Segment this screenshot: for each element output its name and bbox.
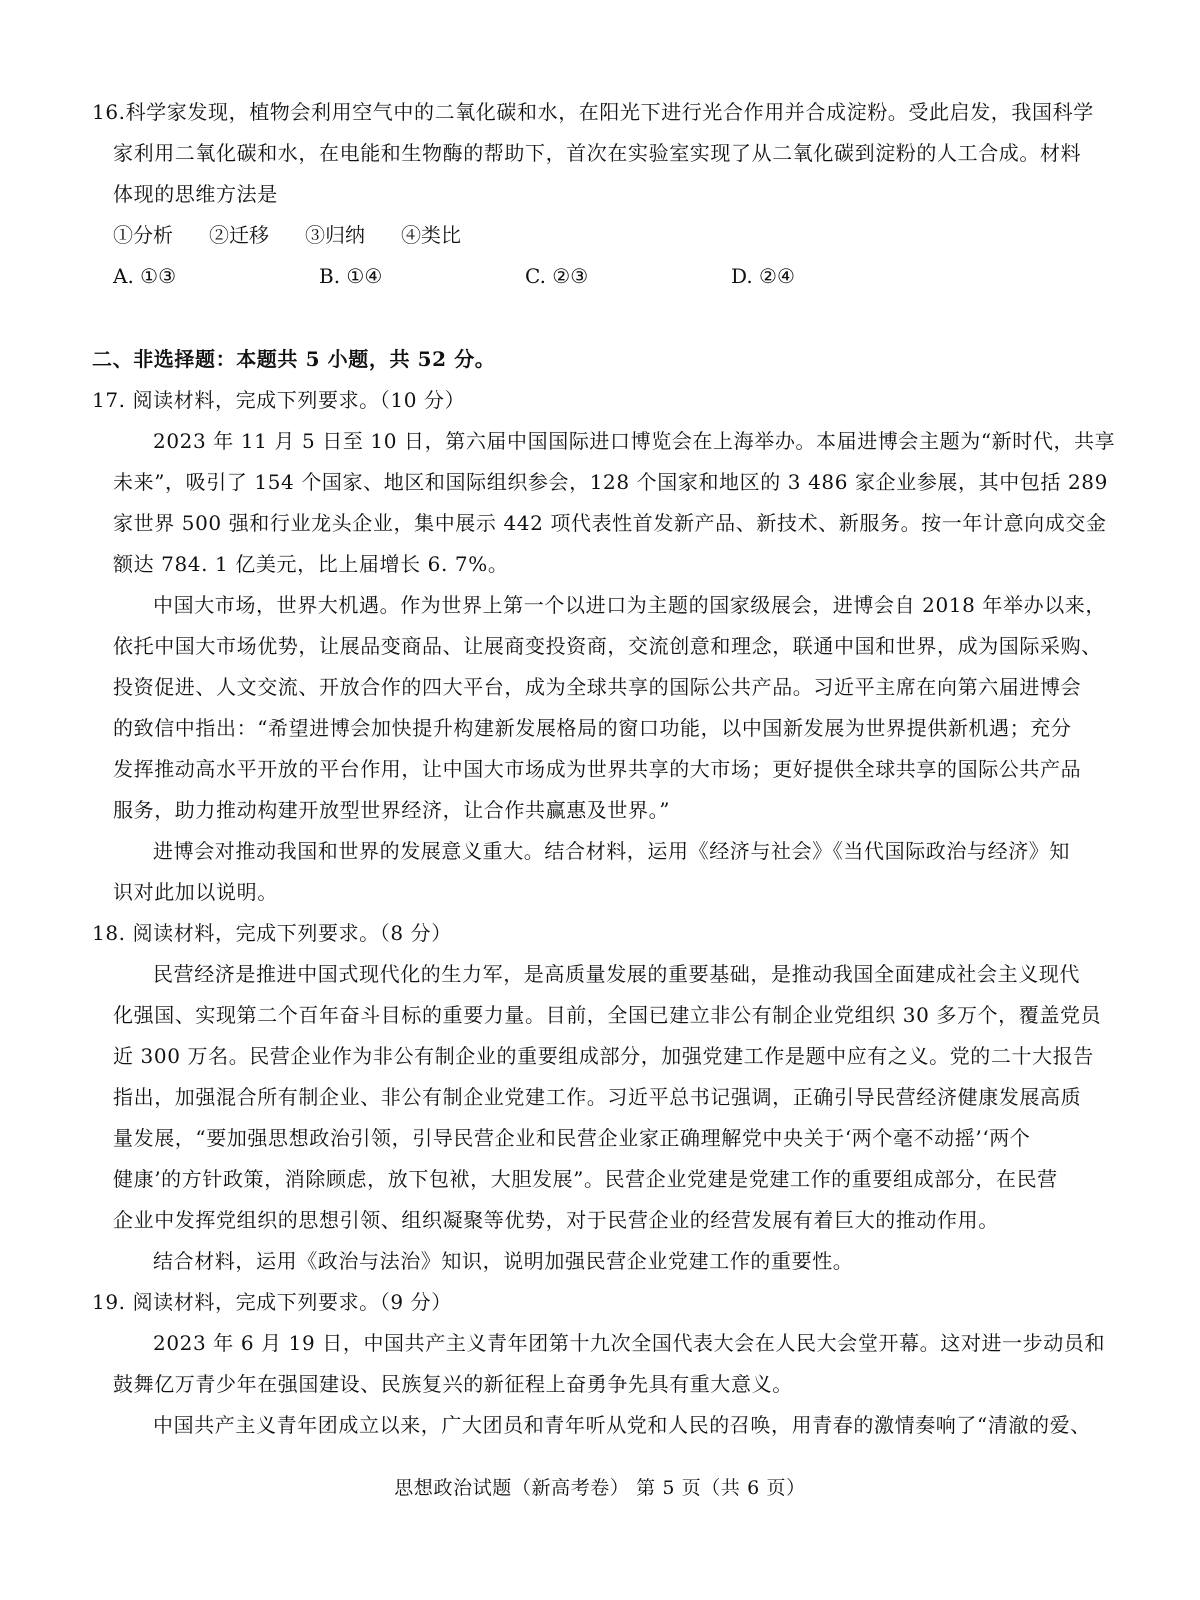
question-19: 19. 阅读材料，完成下列要求。（9 分） 2023 年 6 月 19 日，中国… — [92, 1282, 1092, 1446]
text-line: 进博会对推动我国和世界的发展意义重大。结合材料，运用《经济与社会》《当代国际政治… — [113, 831, 1092, 872]
question-18: 18. 阅读材料，完成下列要求。（8 分） 民营经济是推进中国式现代化的生力军，… — [92, 913, 1092, 1282]
question-19-paragraph-1: 2023 年 6 月 19 日，中国共产主义青年团第十九次全国代表大会在人民大会… — [92, 1323, 1092, 1405]
text-line: 的致信中指出：“希望进博会加快提升构建新发展格局的窗口功能，以中国新发展为世界提… — [113, 708, 1092, 749]
choice-c: C. ②③ — [525, 256, 731, 297]
text-line: 化强国、实现第二个百年奋斗目标的重要力量。目前，全国已建立非公有制企业党组织 3… — [113, 995, 1092, 1036]
choice-b: B. ①④ — [319, 256, 525, 297]
text-line: 鼓舞亿万青少年在强国建设、民族复兴的新征程上奋勇争先具有重大意义。 — [113, 1364, 1092, 1405]
question-18-heading: 18. 阅读材料，完成下列要求。（8 分） — [92, 913, 1092, 954]
text-line: 2023 年 6 月 19 日，中国共产主义青年团第十九次全国代表大会在人民大会… — [113, 1323, 1092, 1364]
text-line: 未来”，吸引了 154 个国家、地区和国际组织参会，128 个国家和地区的 3 … — [113, 462, 1092, 503]
choice-d: D. ②④ — [731, 256, 937, 297]
text-line: 民营经济是推进中国式现代化的生力军，是高质量发展的重要基础，是推动我国全面建成社… — [113, 954, 1092, 995]
question-16-stem: 16.科学家发现，植物会利用空气中的二氧化碳和水，在阳光下进行光合作用并合成淀粉… — [92, 92, 1092, 215]
text-line: 服务，助力推动构建开放型世界经济，让合作共赢惠及世界。” — [113, 790, 1092, 831]
text-line: 投资促进、人文交流、开放合作的四大平台，成为全球共享的国际公共产品。习近平主席在… — [113, 667, 1092, 708]
text-line: 健康’的方针政策，消除顾虑，放下包袱，大胆发展”。民营企业党建是党建工作的重要组… — [113, 1159, 1092, 1200]
question-19-paragraph-2: 中国共产主义青年团成立以来，广大团员和青年听从党和人民的召唤，用青春的激情奏响了… — [92, 1405, 1092, 1446]
text-line: 近 300 万名。民营企业作为非公有制企业的重要组成部分，加强党建工作是题中应有… — [113, 1036, 1092, 1077]
question-18-prompt: 结合材料，运用《政治与法治》知识，说明加强民营企业党建工作的重要性。 — [92, 1241, 1092, 1282]
text-line: 识对此加以说明。 — [113, 872, 1092, 913]
text-line: 依托中国大市场优势，让展品变商品、让展商变投资商，交流创意和理念，联通中国和世界… — [113, 626, 1092, 667]
question-16-items: ①分析 ②迁移 ③归纳 ④类比 — [92, 215, 1092, 256]
question-16-stem-line-3: 体现的思维方法是 — [113, 174, 1092, 215]
text-line: 结合材料，运用《政治与法治》知识，说明加强民营企业党建工作的重要性。 — [113, 1241, 1092, 1282]
question-16: 16.科学家发现，植物会利用空气中的二氧化碳和水，在阳光下进行光合作用并合成淀粉… — [92, 92, 1092, 297]
text-line: 2023 年 11 月 5 日至 10 日，第六届中国国际进口博览会在上海举办。… — [113, 421, 1092, 462]
text-line: 中国共产主义青年团成立以来，广大团员和青年听从党和人民的召唤，用青春的激情奏响了… — [113, 1405, 1092, 1446]
text-line: 中国大市场，世界大机遇。作为世界上第一个以进口为主题的国家级展会，进博会自 20… — [113, 585, 1092, 626]
question-16-stem-line-2: 家利用二氧化碳和水，在电能和生物酶的帮助下，首次在实验室实现了从二氧化碳到淀粉的… — [113, 133, 1092, 174]
question-18-paragraph-1: 民营经济是推进中国式现代化的生力军，是高质量发展的重要基础，是推动我国全面建成社… — [92, 954, 1092, 1241]
item-3: ③归纳 — [305, 215, 365, 256]
choice-a: A. ①③ — [113, 256, 319, 297]
item-1: ①分析 — [113, 215, 173, 256]
question-19-heading: 19. 阅读材料，完成下列要求。（9 分） — [92, 1282, 1092, 1323]
text-line: 发挥推动高水平开放的平台作用，让中国大市场成为世界共享的大市场；更好提供全球共享… — [113, 749, 1092, 790]
question-16-number: 16. — [92, 100, 126, 124]
question-16-choices: A. ①③ B. ①④ C. ②③ D. ②④ — [92, 256, 1092, 297]
text-line: 指出，加强混合所有制企业、非公有制企业党建工作。习近平总书记强调，正确引导民营经… — [113, 1077, 1092, 1118]
text-line: 额达 784. 1 亿美元，比上届增长 6. 7%。 — [113, 544, 1092, 585]
item-4: ④类比 — [401, 215, 461, 256]
text-line: 量发展，“要加强思想政治引领，引导民营企业和民营企业家正确理解党中央关于‘两个毫… — [113, 1118, 1092, 1159]
question-17-paragraph-2: 中国大市场，世界大机遇。作为世界上第一个以进口为主题的国家级展会，进博会自 20… — [92, 585, 1092, 831]
question-17-heading: 17. 阅读材料，完成下列要求。（10 分） — [92, 380, 1092, 421]
section-2-title: 二、非选择题：本题共 5 小题，共 52 分。 — [92, 339, 1092, 380]
question-16-stem-line-1: 16.科学家发现，植物会利用空气中的二氧化碳和水，在阳光下进行光合作用并合成淀粉… — [92, 92, 1092, 133]
exam-page: 16.科学家发现，植物会利用空气中的二氧化碳和水，在阳光下进行光合作用并合成淀粉… — [92, 92, 1092, 1446]
question-17: 17. 阅读材料，完成下列要求。（10 分） 2023 年 11 月 5 日至 … — [92, 380, 1092, 913]
question-17-paragraph-1: 2023 年 11 月 5 日至 10 日，第六届中国国际进口博览会在上海举办。… — [92, 421, 1092, 585]
text-line: 企业中发挥党组织的思想引领、组织凝聚等优势，对于民营企业的经营发展有着巨大的推动… — [113, 1200, 1092, 1241]
question-17-prompt: 进博会对推动我国和世界的发展意义重大。结合材料，运用《经济与社会》《当代国际政治… — [92, 831, 1092, 913]
page-footer: 思想政治试题（新高考卷） 第 5 页（共 6 页） — [0, 1473, 1200, 1503]
text-line: 家世界 500 强和行业龙头企业，集中展示 442 项代表性首发新产品、新技术、… — [113, 503, 1092, 544]
item-2: ②迁移 — [209, 215, 269, 256]
